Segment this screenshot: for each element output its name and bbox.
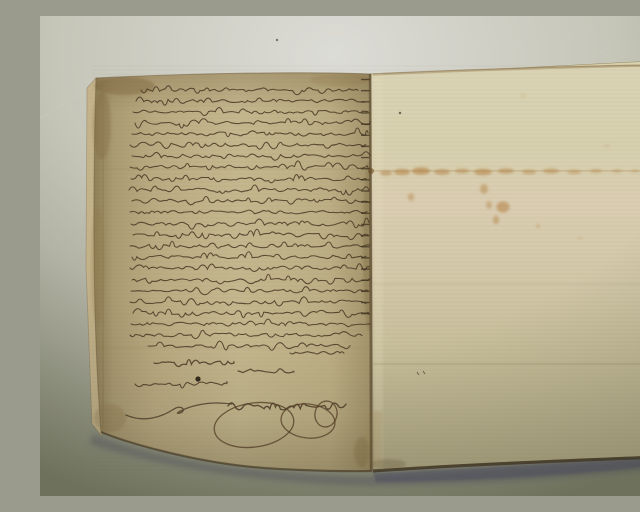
photo-scene [40, 16, 640, 496]
manuscript-photo: Photograph of an opened handwritten manu… [40, 16, 640, 496]
photo-vignette [40, 16, 640, 496]
